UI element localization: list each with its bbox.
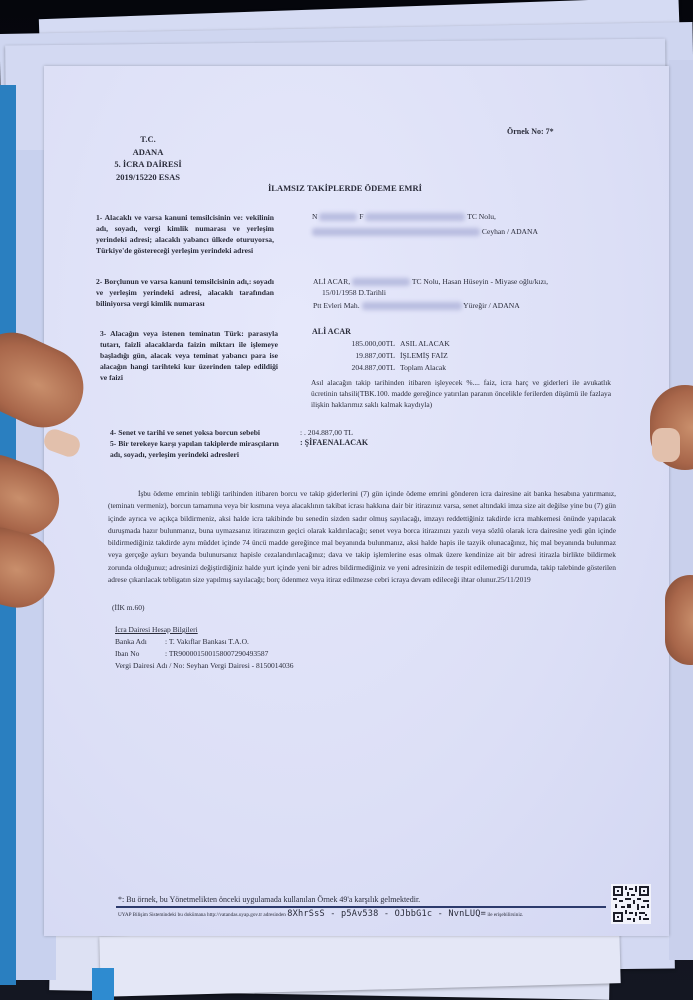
redacted-block (362, 302, 462, 310)
section-2-value: ALİ ACAR, TC Nolu, Hasan Hüseyin - Miyas… (313, 276, 548, 287)
legal-warning-paragraph: İşbu ödeme emrinin tebliği tarihinden it… (108, 488, 616, 586)
amount-row: 204.887,00TLToplam Alacak (305, 363, 446, 372)
sample-number: Örnek No: 7* (507, 126, 554, 137)
tax-office-value: Seyhan Vergi Dairesi - 8150014036 (186, 661, 293, 670)
section-4-label: 4- Senet ve tarihi ve senet yoksa borcun… (110, 427, 260, 438)
uyap-suffix: ile erişebilirsiniz. (487, 912, 523, 918)
footnote: *: Bu örnek, bu Yönetmelikten önceki uyg… (118, 894, 420, 905)
bank-key: Banka Adı (115, 636, 165, 648)
section-5-value: : ŞİFAENALACAK (300, 437, 368, 448)
debtor-neighborhood: Ptt Evleri Mah. (313, 301, 360, 310)
bank-info-heading: İcra Dairesi Hesap Bilgileri (115, 624, 294, 636)
debtor-city: Yüreğir / ADANA (463, 301, 520, 310)
court-header: T.C. ADANA 5. İCRA DAİRESİ 2019/15220 ES… (100, 133, 196, 183)
uyap-access-code: 8XhrSsS - p5Av538 - OJbbG1c - NvnLUQ= (287, 909, 486, 919)
bank-value: : T. Vakıflar Bankası T.A.O. (165, 637, 249, 646)
amount-desc: İŞLEMİŞ FAİZ (400, 351, 448, 360)
section-1-label: 1- Alacaklı ve varsa kanuni temsilcisini… (96, 212, 274, 256)
right-finger (665, 575, 693, 665)
redacted-block (352, 278, 410, 286)
section-1-address: Ceyhan / ADANA (312, 226, 538, 237)
header-line-case: 2019/15220 ESAS (100, 171, 196, 184)
footer-divider (116, 906, 606, 908)
bank-info: İcra Dairesi Hesap Bilgileri Banka Adı: … (115, 624, 294, 672)
amount-value: 204.887,00TL (305, 363, 395, 372)
blue-folder-tab (92, 968, 114, 1000)
bank-row: Iban No: TR900001500158007290493587 (115, 648, 294, 660)
amount-desc: ASIL ALACAK (400, 339, 450, 348)
debtor-address: Ptt Evleri Mah. Yüreğir / ADANA (313, 300, 520, 311)
section-3-label: 3- Alacağın veya istenen teminatın Türk:… (100, 328, 278, 383)
amount-value: 19.887,00TL (305, 351, 395, 360)
redacted-block (319, 213, 357, 221)
creditor-initial: N (312, 212, 317, 221)
document-title: İLAMSIZ TAKİPLERDE ÖDEME EMRİ (268, 183, 422, 194)
creditor-surname-initial: F (359, 212, 363, 221)
section-5-label: 5- Bir terekeye karşı yapılan takiplerde… (110, 438, 282, 460)
creditor-tc-label: TC Nolu, (467, 212, 496, 221)
uyap-access-line: UYAP Bilişim Sistemindeki bu dokümana ht… (118, 909, 523, 921)
amount-row: 19.887,00TLİŞLEMİŞ FAİZ (305, 351, 448, 360)
debtor-parents: TC Nolu, Hasan Hüseyin - Miyase oğlu/kız… (412, 277, 548, 286)
amount-value: 185.000,00TL (305, 339, 395, 348)
iban-key: Iban No (115, 648, 165, 660)
uyap-prefix: UYAP Bilişim Sistemindeki bu dokümana ht… (118, 912, 286, 918)
section-3-debtor: ALİ ACAR (312, 326, 351, 337)
amount-row: 185.000,00TLASIL ALACAK (305, 339, 450, 348)
qr-code-icon (611, 884, 651, 924)
right-thumbnail (652, 428, 680, 462)
bank-row: Vergi Dairesi Adı / No: Seyhan Vergi Dai… (115, 660, 294, 672)
section-1-value: N F TC Nolu, (312, 211, 496, 222)
header-line-city: ADANA (100, 146, 196, 159)
legal-reference: (İİK m.60) (112, 602, 145, 613)
bank-row: Banka Adı: T. Vakıflar Bankası T.A.O. (115, 636, 294, 648)
debtor-name: ALİ ACAR, (313, 277, 350, 286)
header-line-tc: T.C. (100, 133, 196, 146)
debtor-birthdate: 15/01/1958 D.Tarihli (322, 287, 386, 298)
creditor-city: Ceyhan / ADANA (482, 227, 538, 236)
iban-value: : TR900001500158007290493587 (165, 649, 268, 658)
paper-stack-right-edge (669, 60, 693, 960)
interest-note: Asıl alacağın takip tarihinden itibaren … (311, 377, 611, 410)
amount-desc: Toplam Alacak (400, 363, 446, 372)
header-line-office: 5. İCRA DAİRESİ (100, 158, 196, 171)
redacted-block (312, 228, 480, 236)
redacted-block (365, 213, 465, 221)
tax-office-key: Vergi Dairesi Adı / No: (115, 661, 184, 670)
section-2-label: 2- Borçlunun ve varsa kanuni temsilcisin… (96, 276, 274, 309)
